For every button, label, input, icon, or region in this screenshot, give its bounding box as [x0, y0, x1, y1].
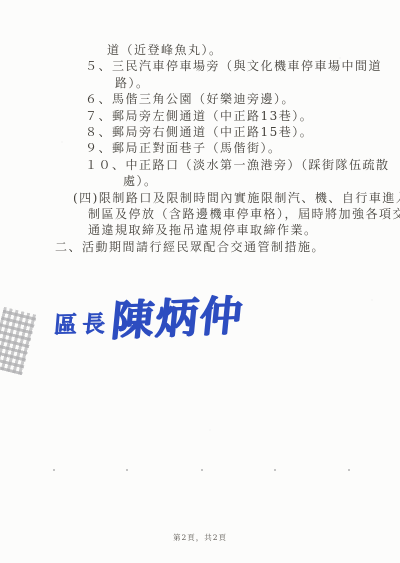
document-line: ５、三民汽車停車場旁（與文化機車停車場中間道 — [0, 58, 400, 74]
scan-artifact-dot — [274, 469, 276, 471]
page-footer: 第2頁，共2頁 — [0, 532, 400, 543]
document-line: １０、中正路口（淡水第一漁港旁）（踩街隊伍疏散 — [0, 157, 400, 173]
document-body: 道（近登峰魚丸）。 ５、三民汽車停車場旁（與文化機車停車場中間道 路）。 ６、馬… — [0, 42, 400, 255]
signature-block: 區長 陳炳仲 — [49, 285, 261, 352]
document-line: 道（近登峰魚丸）。 — [0, 42, 400, 58]
document-line: 制區及停放（含路邊機車停車格），屆時將加強各項交 — [0, 206, 400, 222]
document-line: ９、郵局正對面巷子（馬偕街）。 — [0, 140, 400, 156]
document-line: 處）。 — [0, 173, 400, 189]
document-line: 二、活動期間請行經民眾配合交通管制措施。 — [0, 239, 400, 255]
signature-name-stamp: 陳炳仲 — [109, 282, 247, 348]
scan-artifact-dot — [53, 469, 55, 471]
document-line: ８、郵局旁右側通道（中正路15巷）。 — [0, 124, 400, 140]
scan-artifact-dot — [348, 469, 350, 471]
scan-artifact-dot — [126, 469, 128, 471]
document-line: 路）。 — [0, 75, 400, 91]
document-line: (四)限制路口及限制時間內實施限制汽、機、自行車進入管 — [0, 190, 400, 206]
registry-stamp-illegible — [0, 307, 37, 375]
document-line: ７、郵局旁左側通道（中正路13巷）。 — [0, 108, 400, 124]
document-line: 通違規取締及拖吊違規停車取締作業。 — [0, 222, 400, 238]
scan-artifact-dot — [201, 469, 203, 471]
signature-title: 區長 — [53, 305, 112, 340]
document-line: ６、馬偕三角公園（好樂迪旁邊）。 — [0, 91, 400, 107]
